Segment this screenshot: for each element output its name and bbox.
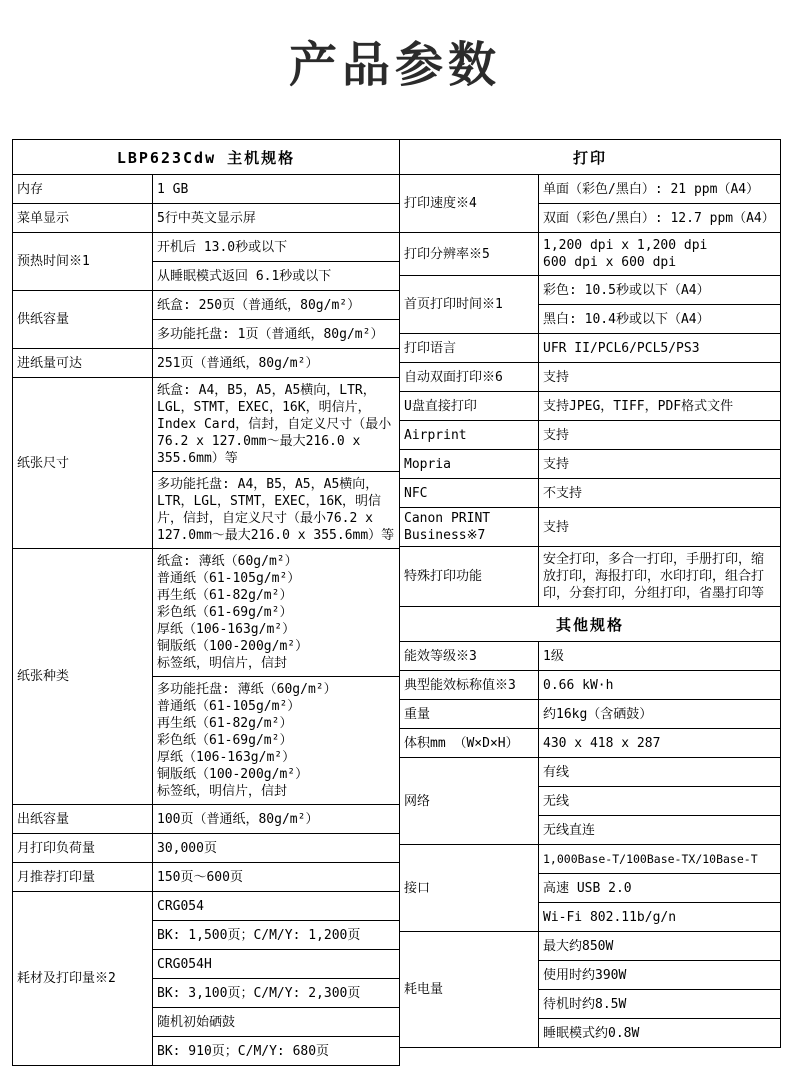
- row-interface: 接口 1,000Base-T/100Base-TX/10Base-T: [400, 845, 781, 874]
- row-auto-duplex: 自动双面打印※6 支持: [400, 363, 781, 392]
- paper-supply-value-2: 多功能托盘: 1页（普通纸，80g/m²）: [153, 320, 400, 349]
- other-specs-header-row: 其他规格: [400, 607, 781, 642]
- paper-size-value-cassette: 纸盒: A4，B5，A5，A5横向，LTR，LGL，STMT，EXEC，16K，…: [153, 378, 400, 472]
- row-output-capacity: 出纸容量 100页（普通纸，80g/m²）: [13, 805, 400, 834]
- spec-tables: LBP623Cdw 主机规格 内存 1 GB 菜单显示 5行中英文显示屏 预热时…: [12, 139, 779, 1066]
- usb-direct-print-label: U盘直接打印: [400, 392, 539, 421]
- row-print-speed: 打印速度※4 单面（彩色/黑白）: 21 ppm（A4）: [400, 175, 781, 204]
- paper-input-max-value: 251页（普通纸，80g/m²）: [153, 349, 400, 378]
- row-paper-size: 纸张尺寸 纸盒: A4，B5，A5，A5横向，LTR，LGL，STMT，EXEC…: [13, 378, 400, 472]
- monthly-duty-value: 30,000页: [153, 834, 400, 863]
- mopria-label: Mopria: [400, 450, 539, 479]
- paper-input-max-label: 进纸量可达: [13, 349, 153, 378]
- row-usb-direct-print: U盘直接打印 支持JPEG，TIFF，PDF格式文件: [400, 392, 781, 421]
- paper-size-value-tray: 多功能托盘: A4，B5，A5，A5横向，LTR，LGL，STMT，EXEC，1…: [153, 472, 400, 549]
- warmup-time-label: 预热时间※1: [13, 233, 153, 291]
- left-table-header: LBP623Cdw 主机规格: [13, 140, 400, 175]
- dimensions-label: 体积mm （W×D×H）: [400, 729, 539, 758]
- print-speed-simplex: 单面（彩色/黑白）: 21 ppm（A4）: [539, 175, 781, 204]
- row-nfc: NFC 不支持: [400, 479, 781, 508]
- interface-ethernet: 1,000Base-T/100Base-TX/10Base-T: [539, 845, 781, 874]
- row-paper-supply: 供纸容量 纸盒: 250页（普通纸，80g/m²）: [13, 291, 400, 320]
- row-memory: 内存 1 GB: [13, 175, 400, 204]
- row-power-consumption: 耗电量 最大约850W: [400, 932, 781, 961]
- output-capacity-label: 出纸容量: [13, 805, 153, 834]
- airprint-label: Airprint: [400, 421, 539, 450]
- print-speed-duplex: 双面（彩色/黑白）: 12.7 ppm（A4）: [539, 204, 781, 233]
- memory-value: 1 GB: [153, 175, 400, 204]
- row-print-language: 打印语言 UFR II/PCL6/PCL5/PS3: [400, 334, 781, 363]
- row-monthly-recommended: 月推荐打印量 150页～600页: [13, 863, 400, 892]
- paper-type-value-cassette: 纸盒: 薄纸（60g/m²） 普通纸（61-105g/m²） 再生纸（61-82…: [153, 549, 400, 677]
- row-warmup-time: 预热时间※1 开机后 13.0秒或以下: [13, 233, 400, 262]
- paper-supply-label: 供纸容量: [13, 291, 153, 349]
- row-special-print: 特殊打印功能 安全打印，多合一打印，手册打印，缩放打印，海报打印，水印打印，组合…: [400, 547, 781, 607]
- paper-type-label: 纸张种类: [13, 549, 153, 805]
- monthly-recommended-value: 150页～600页: [153, 863, 400, 892]
- auto-duplex-value: 支持: [539, 363, 781, 392]
- power-max: 最大约850W: [539, 932, 781, 961]
- weight-label: 重量: [400, 700, 539, 729]
- energy-rating-value: 1级: [539, 642, 781, 671]
- print-language-value: UFR II/PCL6/PCL5/PS3: [539, 334, 781, 363]
- auto-duplex-label: 自动双面打印※6: [400, 363, 539, 392]
- power-consumption-label: 耗电量: [400, 932, 539, 1048]
- paper-type-value-tray: 多功能托盘: 薄纸（60g/m²） 普通纸（61-105g/m²） 再生纸（61…: [153, 677, 400, 805]
- print-spec-table: 打印 打印速度※4 单面（彩色/黑白）: 21 ppm（A4） 双面（彩色/黑白…: [399, 139, 781, 1048]
- warmup-time-value-1: 开机后 13.0秒或以下: [153, 233, 400, 262]
- network-wired: 有线: [539, 758, 781, 787]
- row-monthly-duty: 月打印负荷量 30,000页: [13, 834, 400, 863]
- row-print-resolution: 打印分辨率※5 1,200 dpi x 1,200 dpi 600 dpi x …: [400, 233, 781, 276]
- first-print-time-label: 首页打印时间※1: [400, 276, 539, 334]
- consumables-crg054-yield: BK: 1,500页；C/M/Y: 1,200页: [153, 921, 400, 950]
- product-spec-page: 产品参数 LBP623Cdw 主机规格 内存 1 GB 菜单显示 5行中英文显示…: [0, 26, 790, 1066]
- paper-size-label: 纸张尺寸: [13, 378, 153, 549]
- consumables-label: 耗材及打印量※2: [13, 892, 153, 1066]
- monthly-duty-label: 月打印负荷量: [13, 834, 153, 863]
- row-paper-input-max: 进纸量可达 251页（普通纸，80g/m²）: [13, 349, 400, 378]
- print-resolution-label: 打印分辨率※5: [400, 233, 539, 276]
- airprint-value: 支持: [539, 421, 781, 450]
- row-airprint: Airprint 支持: [400, 421, 781, 450]
- row-network: 网络 有线: [400, 758, 781, 787]
- other-specs-header: 其他规格: [400, 607, 781, 642]
- memory-label: 内存: [13, 175, 153, 204]
- nfc-label: NFC: [400, 479, 539, 508]
- main-spec-table: LBP623Cdw 主机规格 内存 1 GB 菜单显示 5行中英文显示屏 预热时…: [12, 139, 400, 1066]
- weight-value: 约16kg（含硒鼓）: [539, 700, 781, 729]
- power-operating: 使用时约390W: [539, 961, 781, 990]
- row-mopria: Mopria 支持: [400, 450, 781, 479]
- menu-display-value: 5行中英文显示屏: [153, 204, 400, 233]
- special-print-value: 安全打印，多合一打印，手册打印，缩放打印，海报打印，水印打印，组合打印，分套打印…: [539, 547, 781, 607]
- typical-energy-label: 典型能效标称值※3: [400, 671, 539, 700]
- interface-label: 接口: [400, 845, 539, 932]
- mopria-value: 支持: [539, 450, 781, 479]
- power-sleep: 睡眠模式约0.8W: [539, 1019, 781, 1048]
- consumables-crg054h-yield: BK: 3,100页；C/M/Y: 2,300页: [153, 979, 400, 1008]
- energy-rating-label: 能效等级※3: [400, 642, 539, 671]
- dimensions-value: 430 x 418 x 287: [539, 729, 781, 758]
- monthly-recommended-label: 月推荐打印量: [13, 863, 153, 892]
- canon-print-business-label: Canon PRINT Business※7: [400, 508, 539, 547]
- warmup-time-value-2: 从睡眠模式返回 6.1秒或以下: [153, 262, 400, 291]
- power-standby: 待机时约8.5W: [539, 990, 781, 1019]
- network-label: 网络: [400, 758, 539, 845]
- print-language-label: 打印语言: [400, 334, 539, 363]
- row-first-print-time: 首页打印时间※1 彩色: 10.5秒或以下（A4）: [400, 276, 781, 305]
- canon-print-business-value: 支持: [539, 508, 781, 547]
- interface-usb: 高速 USB 2.0: [539, 874, 781, 903]
- print-header-row: 打印: [400, 140, 781, 175]
- left-header-row: LBP623Cdw 主机规格: [13, 140, 400, 175]
- page-title: 产品参数: [0, 26, 790, 95]
- row-weight: 重量 约16kg（含硒鼓）: [400, 700, 781, 729]
- network-wireless-direct: 无线直连: [539, 816, 781, 845]
- consumables-crg054h: CRG054H: [153, 950, 400, 979]
- row-canon-print-business: Canon PRINT Business※7 支持: [400, 508, 781, 547]
- consumables-crg054: CRG054: [153, 892, 400, 921]
- row-typical-energy: 典型能效标称值※3 0.66 kW·h: [400, 671, 781, 700]
- special-print-label: 特殊打印功能: [400, 547, 539, 607]
- row-paper-type: 纸张种类 纸盒: 薄纸（60g/m²） 普通纸（61-105g/m²） 再生纸（…: [13, 549, 400, 677]
- usb-direct-print-value: 支持JPEG，TIFF，PDF格式文件: [539, 392, 781, 421]
- typical-energy-value: 0.66 kW·h: [539, 671, 781, 700]
- print-speed-label: 打印速度※4: [400, 175, 539, 233]
- row-dimensions: 体积mm （W×D×H） 430 x 418 x 287: [400, 729, 781, 758]
- row-energy-rating: 能效等级※3 1级: [400, 642, 781, 671]
- print-resolution-value: 1,200 dpi x 1,200 dpi 600 dpi x 600 dpi: [539, 233, 781, 276]
- network-wireless: 无线: [539, 787, 781, 816]
- row-menu-display: 菜单显示 5行中英文显示屏: [13, 204, 400, 233]
- consumables-starter-yield: BK: 910页；C/M/Y: 680页: [153, 1037, 400, 1066]
- first-print-time-color: 彩色: 10.5秒或以下（A4）: [539, 276, 781, 305]
- output-capacity-value: 100页（普通纸，80g/m²）: [153, 805, 400, 834]
- first-print-time-bw: 黑白: 10.4秒或以下（A4）: [539, 305, 781, 334]
- interface-wifi: Wi-Fi 802.11b/g/n: [539, 903, 781, 932]
- consumables-starter: 随机初始硒鼓: [153, 1008, 400, 1037]
- paper-supply-value-1: 纸盒: 250页（普通纸，80g/m²）: [153, 291, 400, 320]
- print-section-header: 打印: [400, 140, 781, 175]
- row-consumables: 耗材及打印量※2 CRG054: [13, 892, 400, 921]
- menu-display-label: 菜单显示: [13, 204, 153, 233]
- nfc-value: 不支持: [539, 479, 781, 508]
